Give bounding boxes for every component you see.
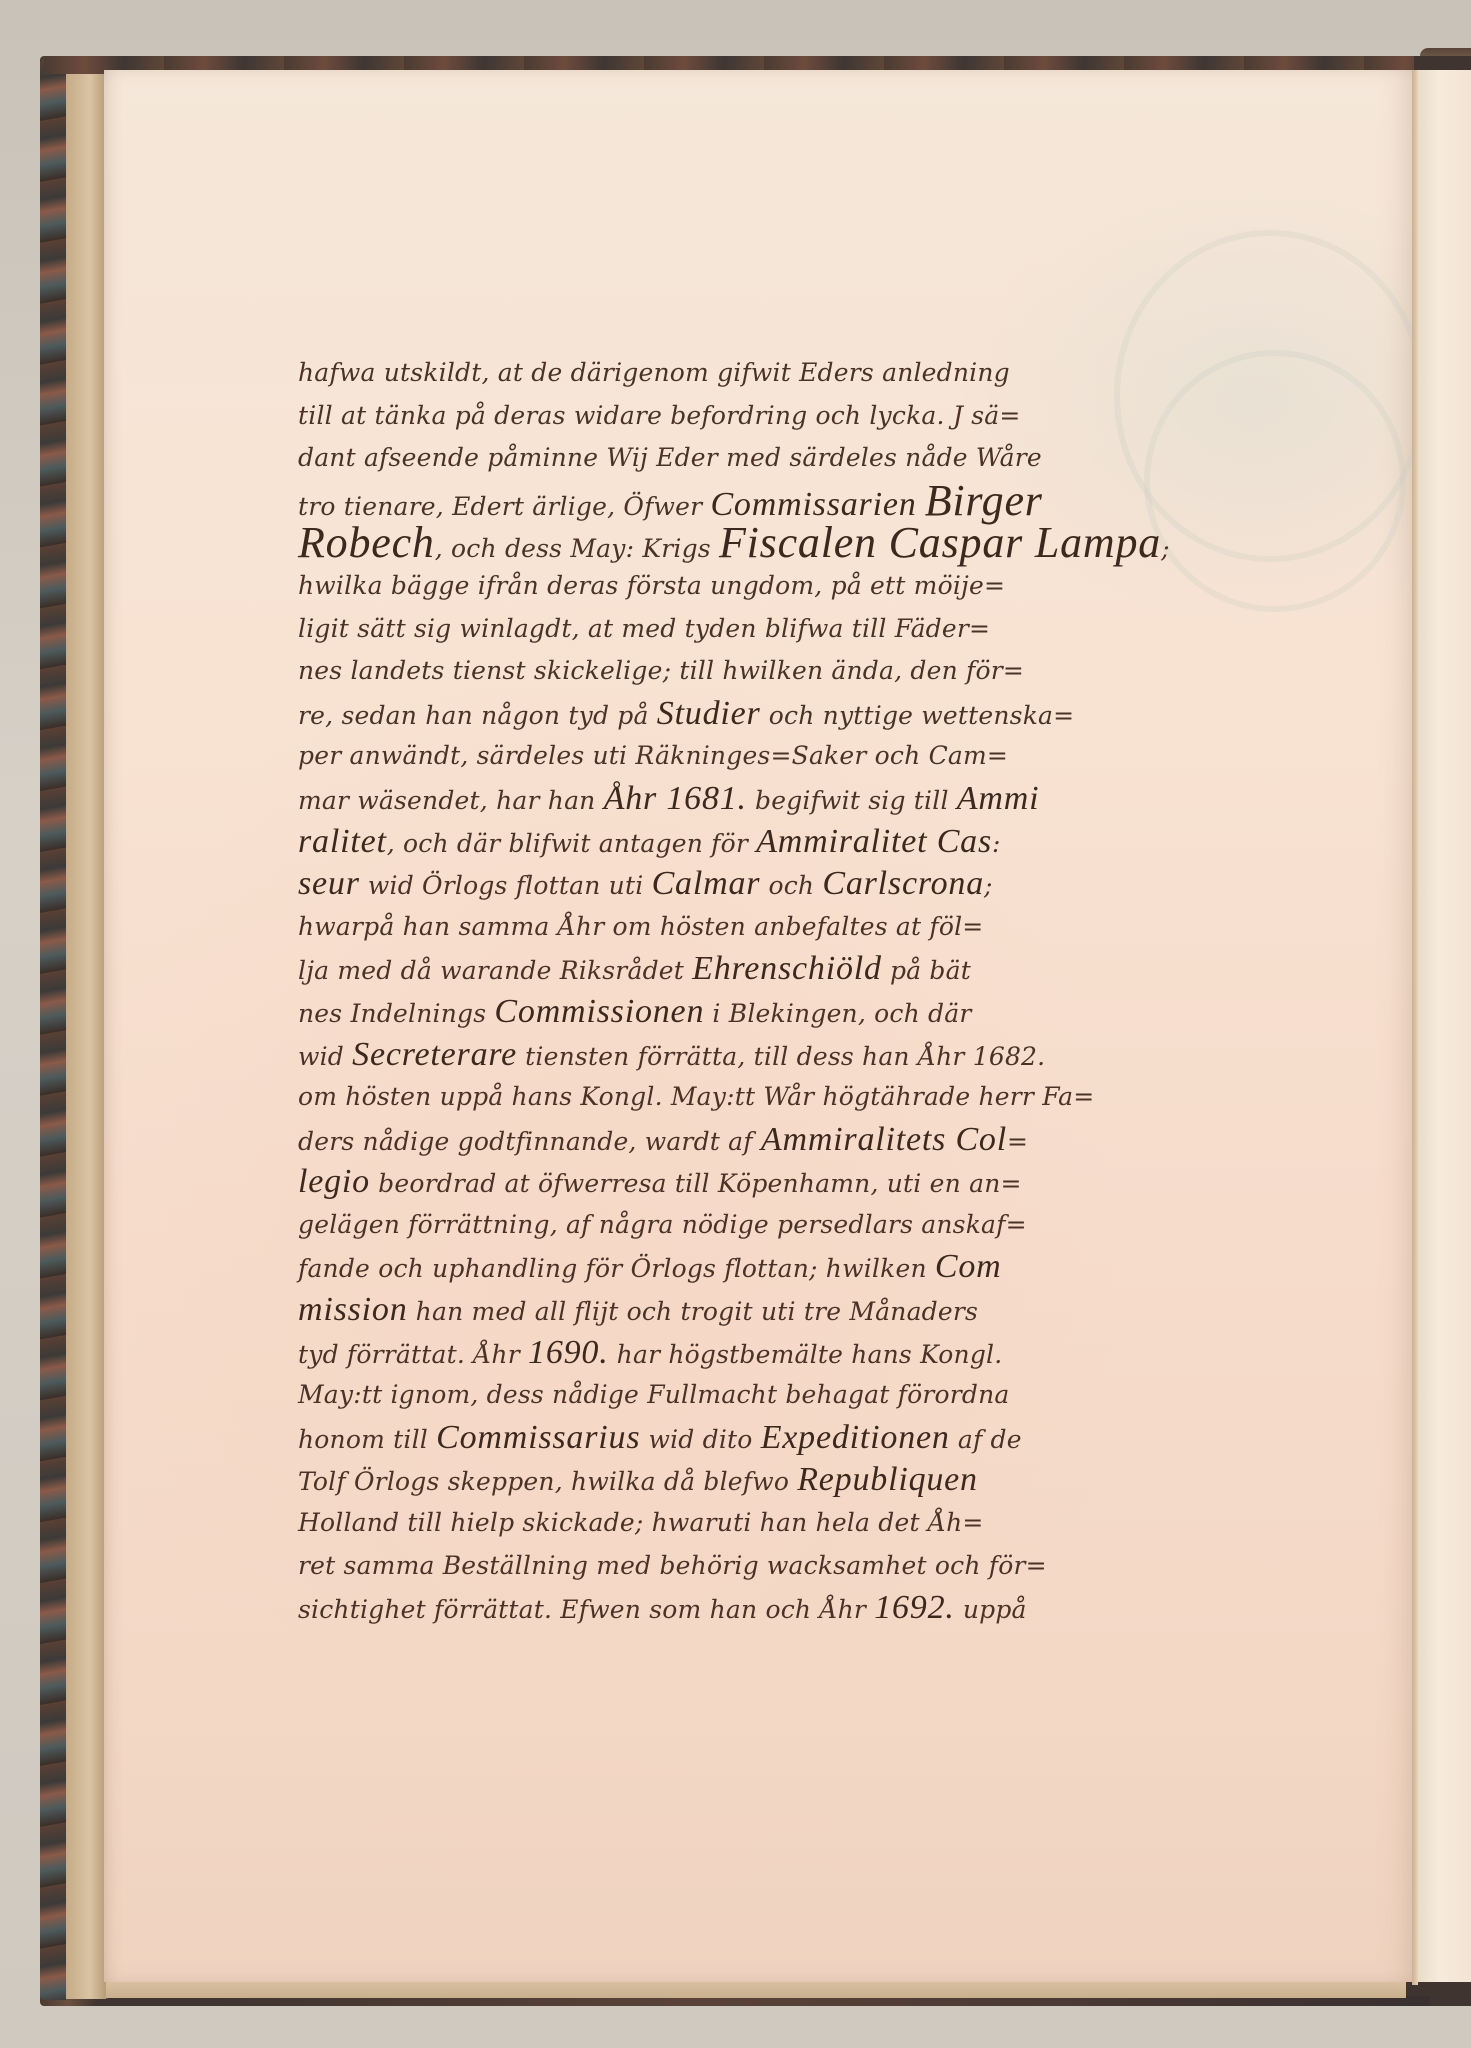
proper-name: Åhr 1681. [604,780,747,817]
line-text: och nyttige wettenska= [761,701,1075,730]
line-text: per anwändt, särdeles uti Räkninges=Sake… [298,741,1008,770]
line-text: , och där blifwit antagen för [387,829,756,858]
line-text: beordrad at öfwerresa till Köpenhamn, ut… [370,1169,1022,1198]
manuscript-line: nes Indelnings Commissionen i Blekingen,… [298,991,1258,1034]
line-text: ret samma Beställning med behörig wacksa… [298,1551,1047,1580]
manuscript-line: legio beordrad at öfwerresa till Köpenha… [298,1161,1258,1204]
proper-name: Ehrenschiöld [692,950,882,987]
line-text: : [992,829,1001,858]
manuscript-line: hafwa utskildt, at de därigenom gifwit E… [298,352,1258,395]
proper-name: Secreterare [352,1036,517,1073]
manuscript-line: om hösten uppå hans Kongl. May:tt Wår hö… [298,1076,1258,1119]
line-text: fande och uphandling för Örlogs flottan;… [298,1254,935,1283]
manuscript-line: hwilka bägge ifrån deras första ungdom, … [298,565,1258,608]
line-text: Holland till hielp skickade; hwaruti han… [298,1508,984,1537]
line-text: honom till [298,1425,436,1454]
line-text: Tolf Örlogs skeppen, hwilka då blefwo [298,1467,797,1496]
proper-name: Commissionen [494,993,704,1030]
line-text: ; [1161,534,1170,563]
line-text: nes landets tienst skickelige; till hwil… [298,656,1024,685]
manuscript-line: Robech, och dess May: Krigs Fiscalen Cas… [298,522,1258,565]
line-text: uppå [955,1595,1027,1624]
manuscript-line: nes landets tienst skickelige; till hwil… [298,650,1258,693]
manuscript-line: tro tienare, Edert ärlige, Öfwer Commiss… [298,480,1258,523]
line-text: re, sedan han någon tyd på [298,701,657,730]
line-text: dant afseende påminne Wij Eder med särde… [298,443,1042,472]
line-text: hwarpå han samma Åhr om hösten anbefalte… [298,912,983,941]
line-text: ligit sätt sig winlagdt, at med tyden bl… [298,614,990,643]
line-text [917,492,925,521]
proper-name: Commissarius [436,1419,640,1456]
proper-name: ralitet [298,823,387,860]
manuscript-line: ligit sätt sig winlagdt, at med tyden bl… [298,608,1258,651]
line-text: May:tt ignom, dess nådige Fullmacht beha… [298,1380,1010,1409]
facing-page [1418,70,1471,1982]
line-text: hafwa utskildt, at de därigenom gifwit E… [298,358,1010,387]
line-text: i Blekingen, och där [704,999,971,1028]
manuscript-line: re, sedan han någon tyd på Studier och n… [298,693,1258,736]
flyleaf-edge [66,74,108,1999]
proper-name: seur [298,865,360,902]
proper-name: Expeditionen [761,1419,950,1456]
proper-name: Republiquen [797,1461,978,1498]
manuscript-line: gelägen förrättning, af några nödige per… [298,1204,1258,1247]
proper-name: Fiscalen Caspar Lampa [719,518,1161,567]
manuscript-line: fande och uphandling för Örlogs flottan;… [298,1246,1258,1289]
manuscript-line: tyd förrättat. Åhr 1690. har högstbemält… [298,1332,1258,1375]
line-text: = [1007,1127,1028,1156]
manuscript-line: ders nådige godtfinnande, wardt af Ammir… [298,1119,1258,1162]
line-text: wid dito [640,1425,760,1454]
line-text: han med all flijt och trogit uti tre Mån… [408,1297,979,1326]
line-text: tyd förrättat. Åhr [298,1340,528,1369]
line-text: af de [950,1425,1022,1454]
manuscript-line: lja med då warande Riksrådet Ehrenschiöl… [298,948,1258,991]
manuscript-line: mar wäsendet, har han Åhr 1681. begifwit… [298,778,1258,821]
proper-name: Ammi [957,780,1040,817]
proper-name: Robech [298,518,435,567]
line-text: mar wäsendet, har han [298,786,604,815]
proper-name: 1692. [874,1589,955,1626]
marbled-cover-edge [40,60,66,2000]
manuscript-line: Holland till hielp skickade; hwaruti han… [298,1502,1258,1545]
line-text: lja med då warande Riksrådet [298,956,692,985]
line-text: tro tienare, Edert ärlige, Öfwer [298,492,710,521]
line-text: ; [984,871,993,900]
line-text: sichtighet förrättat. Efwen som han och … [298,1595,874,1624]
line-text: wid Örlogs flottan uti [360,871,652,900]
proper-name: Ammiralitet Cas [756,823,992,860]
line-text: wid [298,1042,352,1071]
line-text: har högstbemälte hans Kongl. [609,1340,1003,1369]
line-text: hwilka bägge ifrån deras första ungdom, … [298,571,1005,600]
line-text: nes Indelnings [298,999,494,1028]
proper-name: Studier [657,695,761,732]
manuscript-line: till at tänka på deras widare befordring… [298,395,1258,438]
line-text: , och dess May: Krigs [435,534,719,563]
manuscript-line: per anwändt, särdeles uti Räkninges=Sake… [298,735,1258,778]
manuscript-line: ret samma Beställning med behörig wacksa… [298,1545,1258,1588]
line-text: begifwit sig till [747,786,957,815]
line-text: på bät [882,956,971,985]
proper-name: Ammiralitets Col [761,1121,1007,1158]
line-text: tiensten förrätta, till dess han Åhr 168… [517,1042,1045,1071]
line-text: ders nådige godtfinnande, wardt af [298,1127,761,1156]
line-text: till at tänka på deras widare befordring… [298,401,1020,430]
manuscript-text: hafwa utskildt, at de därigenom gifwit E… [298,352,1258,1630]
proper-name: Calmar [652,865,761,902]
line-text: om hösten uppå hans Kongl. May:tt Wår hö… [298,1082,1094,1111]
manuscript-line: dant afseende påminne Wij Eder med särde… [298,437,1258,480]
proper-name: Com [935,1248,1002,1285]
manuscript-line: honom till Commissarius wid dito Expedit… [298,1417,1258,1460]
manuscript-line: seur wid Örlogs flottan uti Calmar och C… [298,863,1258,906]
page-stack-edge [106,1982,1406,1998]
line-text: gelägen förrättning, af några nödige per… [298,1210,1027,1239]
manuscript-line: hwarpå han samma Åhr om hösten anbefalte… [298,906,1258,949]
proper-name: Commissarien [710,486,916,523]
manuscript-line: wid Secreterare tiensten förrätta, till … [298,1034,1258,1077]
proper-name: Carlscrona [822,865,984,902]
proper-name: mission [298,1291,408,1328]
manuscript-line: mission han med all flijt och trogit uti… [298,1289,1258,1332]
proper-name: 1690. [528,1334,609,1371]
manuscript-line: sichtighet förrättat. Efwen som han och … [298,1587,1258,1630]
manuscript-line: Tolf Örlogs skeppen, hwilka då blefwo Re… [298,1459,1258,1502]
line-text: och [760,871,822,900]
proper-name: legio [298,1163,370,1200]
manuscript-line: ralitet, och där blifwit antagen för Amm… [298,821,1258,864]
manuscript-line: May:tt ignom, dess nådige Fullmacht beha… [298,1374,1258,1417]
